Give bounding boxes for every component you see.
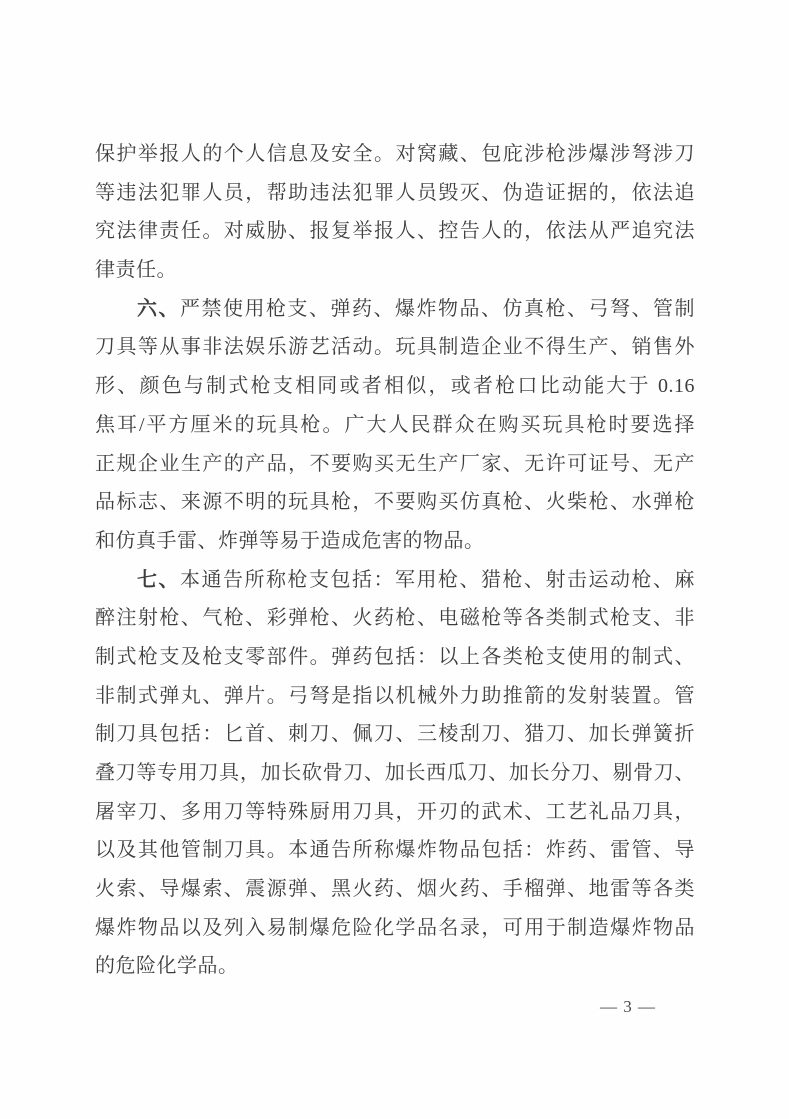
text-line: 叠刀等专用刀具，加长砍骨刀、加长西瓜刀、加长分刀、剔骨刀、: [95, 754, 695, 793]
text-line: 律责任。: [95, 251, 695, 290]
line-text: 焦耳/平方厘米的玩具枪。广大人民群众在购买玩具枪时要选择: [95, 414, 695, 436]
text-line: 非制式弹丸、弹片。弓弩是指以机械外力助推箭的发射装置。管: [95, 677, 695, 716]
text-line: 和仿真手雷、炸弹等易于造成危害的物品。: [95, 522, 695, 561]
text-line: 正规企业生产的产品，不要购买无生产厂家、无许可证号、无产: [95, 445, 695, 484]
line-text: 严禁使用枪支、弹药、爆炸物品、仿真枪、弓弩、管制: [180, 298, 695, 320]
line-text: 和仿真手雷、炸弹等易于造成危害的物品。: [95, 530, 485, 552]
text-line: 制式枪支及枪支零部件。弹药包括：以上各类枪支使用的制式、: [95, 638, 695, 677]
document-page: 保护举报人的个人信息及安全。对窝藏、包庇涉枪涉爆涉弩涉刀等违法犯罪人员，帮助违法…: [0, 0, 789, 1119]
text-line: 六、严禁使用枪支、弹药、爆炸物品、仿真枪、弓弩、管制: [95, 290, 695, 329]
text-line: 保护举报人的个人信息及安全。对窝藏、包庇涉枪涉爆涉弩涉刀: [95, 135, 695, 174]
paragraph-number: 七、: [137, 569, 180, 591]
text-line: 火索、导爆索、震源弹、黑火药、烟火药、手榴弹、地雷等各类: [95, 870, 695, 909]
page-number: — 3 —: [600, 997, 680, 1017]
text-line: 七、本通告所称枪支包括：军用枪、猎枪、射击运动枪、麻: [95, 561, 695, 600]
text-line: 形、颜色与制式枪支相同或者相似，或者枪口比动能大于 0.16: [95, 367, 695, 406]
line-text: 以及其他管制刀具。本通告所称爆炸物品包括：炸药、雷管、导: [95, 839, 695, 861]
line-text: 制刀具包括：匕首、刺刀、佩刀、三棱刮刀、猎刀、加长弹簧折: [95, 723, 695, 745]
line-text: 叠刀等专用刀具，加长砍骨刀、加长西瓜刀、加长分刀、剔骨刀、: [95, 762, 695, 784]
line-text: 品标志、来源不明的玩具枪，不要购买仿真枪、火柴枪、水弹枪: [95, 491, 695, 513]
text-line: 品标志、来源不明的玩具枪，不要购买仿真枪、火柴枪、水弹枪: [95, 483, 695, 522]
line-text: 律责任。: [95, 259, 177, 281]
line-text: 本通告所称枪支包括：军用枪、猎枪、射击运动枪、麻: [180, 569, 695, 591]
paragraph-number: 六、: [137, 298, 180, 320]
text-line: 刀具等从事非法娱乐游艺活动。玩具制造企业不得生产、销售外: [95, 328, 695, 367]
document-body: 保护举报人的个人信息及安全。对窝藏、包庇涉枪涉爆涉弩涉刀等违法犯罪人员，帮助违法…: [95, 135, 695, 986]
line-text: 保护举报人的个人信息及安全。对窝藏、包庇涉枪涉爆涉弩涉刀: [95, 143, 695, 165]
line-text: 制式枪支及枪支零部件。弹药包括：以上各类枪支使用的制式、: [95, 646, 695, 668]
text-line: 屠宰刀、多用刀等特殊厨用刀具，开刃的武术、工艺礼品刀具，: [95, 793, 695, 832]
text-line: 焦耳/平方厘米的玩具枪。广大人民群众在购买玩具枪时要选择: [95, 406, 695, 445]
text-line: 等违法犯罪人员，帮助违法犯罪人员毁灭、伪造证据的，依法追: [95, 174, 695, 213]
text-line: 制刀具包括：匕首、刺刀、佩刀、三棱刮刀、猎刀、加长弹簧折: [95, 715, 695, 754]
line-text: 形、颜色与制式枪支相同或者相似，或者枪口比动能大于 0.16: [95, 375, 695, 397]
line-text: 火索、导爆索、震源弹、黑火药、烟火药、手榴弹、地雷等各类: [95, 878, 695, 900]
text-line: 以及其他管制刀具。本通告所称爆炸物品包括：炸药、雷管、导: [95, 831, 695, 870]
line-text: 正规企业生产的产品，不要购买无生产厂家、无许可证号、无产: [95, 453, 695, 475]
line-text: 的危险化学品。: [95, 955, 239, 977]
text-line: 的危险化学品。: [95, 947, 695, 986]
line-text: 醉注射枪、气枪、彩弹枪、火药枪、电磁枪等各类制式枪支、非: [95, 607, 695, 629]
line-text: 等违法犯罪人员，帮助违法犯罪人员毁灭、伪造证据的，依法追: [95, 182, 695, 204]
text-line: 究法律责任。对威胁、报复举报人、控告人的，依法从严追究法: [95, 212, 695, 251]
line-text: 刀具等从事非法娱乐游艺活动。玩具制造企业不得生产、销售外: [95, 336, 695, 358]
line-text: 究法律责任。对威胁、报复举报人、控告人的，依法从严追究法: [95, 220, 695, 242]
line-text: 非制式弹丸、弹片。弓弩是指以机械外力助推箭的发射装置。管: [95, 685, 695, 707]
line-text: 爆炸物品以及列入易制爆危险化学品名录，可用于制造爆炸物品: [95, 917, 695, 939]
line-text: 屠宰刀、多用刀等特殊厨用刀具，开刃的武术、工艺礼品刀具，: [95, 801, 695, 823]
text-line: 爆炸物品以及列入易制爆危险化学品名录，可用于制造爆炸物品: [95, 909, 695, 948]
text-line: 醉注射枪、气枪、彩弹枪、火药枪、电磁枪等各类制式枪支、非: [95, 599, 695, 638]
